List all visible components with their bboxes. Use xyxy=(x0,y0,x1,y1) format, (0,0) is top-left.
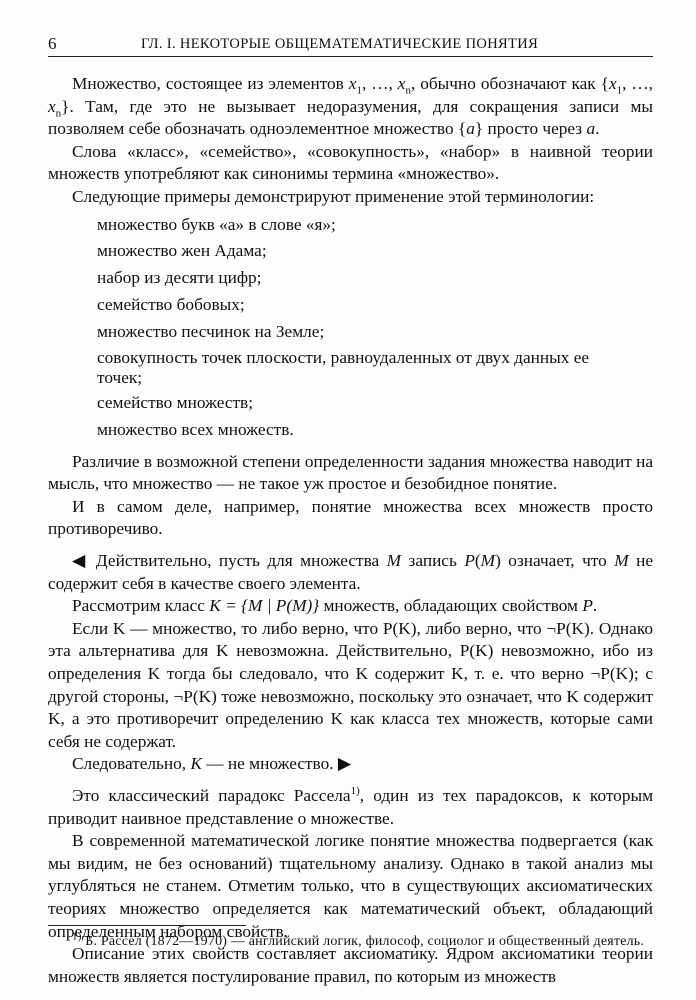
paragraph-proof-body: Если K — множество, то либо верно, что P… xyxy=(48,618,653,754)
paragraph-set-notation: Множество, состоящее из элементов x1, …,… xyxy=(48,73,653,141)
list-item: множество букв «а» в слове «я»; xyxy=(97,214,607,236)
proof-start-marker: ◀ xyxy=(72,551,88,570)
footnote-text: Б. Рассел (1872—1970) — английский логик… xyxy=(82,934,645,949)
paragraph-proof-start: ◀ Действительно, пусть для множества M з… xyxy=(48,550,653,595)
paragraph-synonyms: Слова «класс», «семейство», «совокупност… xyxy=(48,141,653,186)
page-body: Множество, состоящее из элементов x1, …,… xyxy=(48,73,653,988)
paragraph-class-K: Рассмотрим класс K = {M | P(M)} множеств… xyxy=(48,595,653,618)
page-number: 6 xyxy=(48,34,57,54)
running-title: ГЛ. I. НЕКОТОРЫЕ ОБЩЕМАТЕМАТИЧЕСКИЕ ПОНЯ… xyxy=(141,36,538,53)
proof-end-marker: ▶ xyxy=(338,754,351,773)
examples-list: множество букв «а» в слове «я»; множеств… xyxy=(48,214,607,442)
footnote: 1) Б. Рассел (1872—1970) — английский ло… xyxy=(48,932,653,951)
paragraph-proof-end: Следовательно, K — не множество. ▶ xyxy=(48,753,653,776)
footnote-marker: 1) xyxy=(72,930,82,942)
paragraph-contradiction: И в самом деле, например, понятие множес… xyxy=(48,496,653,541)
footnote-divider xyxy=(48,925,246,926)
running-header: 6 ГЛ. I. НЕКОТОРЫЕ ОБЩЕМАТЕМАТИЧЕСКИЕ ПО… xyxy=(48,34,653,57)
paragraph-examples-intro: Следующие примеры демонстрируют применен… xyxy=(48,186,653,209)
list-item: множество песчинок на Земле; xyxy=(97,321,607,343)
list-item: набор из десяти цифр; xyxy=(97,267,607,289)
footnote-reference: 1) xyxy=(351,785,360,797)
formula: K = {M | P(M)} xyxy=(209,596,319,615)
list-item: семейство бобовых; xyxy=(97,294,607,316)
list-item: семейство множеств; xyxy=(97,392,607,414)
paragraph-russell-paradox: Это классический парадокс Рассела1), оди… xyxy=(48,785,653,830)
paragraph-difference: Различие в возможной степени определенно… xyxy=(48,451,653,496)
list-item: совокупность точек плоскости, равноудале… xyxy=(97,348,607,388)
list-item: множество жен Адама; xyxy=(97,240,607,262)
paragraph-modern-logic: В современной математической логике поня… xyxy=(48,830,653,943)
list-item: множество всех множеств. xyxy=(97,419,607,441)
